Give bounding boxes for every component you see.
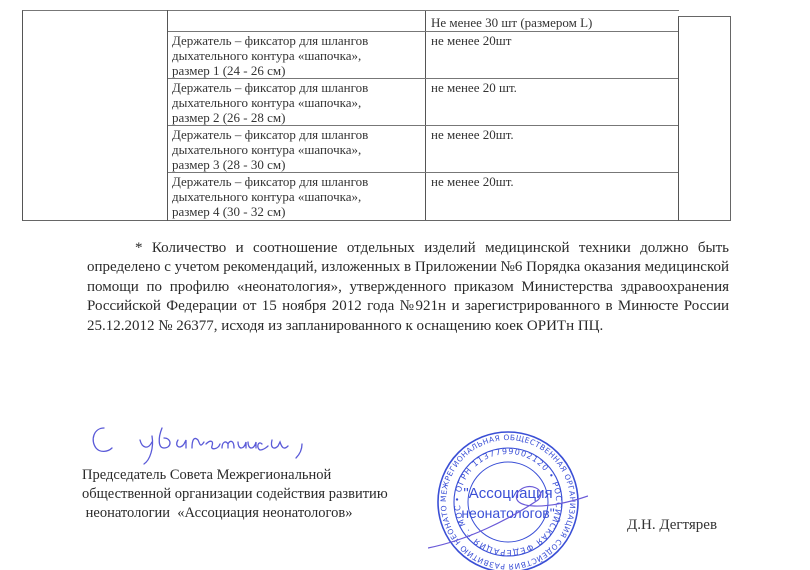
signer-name: Д.Н. Дегтярев bbox=[627, 517, 717, 534]
signer-block: Председатель Совета Межрегиональной обще… bbox=[82, 466, 388, 523]
table-left-column bbox=[22, 10, 168, 221]
signer-title-line2: общественной организации содействия разв… bbox=[82, 485, 388, 504]
quantity-cell: не менее 20шт. bbox=[426, 173, 679, 220]
item-name-cell: Держатель – фиксатор для шлангов дыхател… bbox=[168, 126, 426, 172]
handwritten-greeting: С уважением, bbox=[88, 418, 348, 468]
item-name-cell bbox=[168, 11, 426, 31]
item-name-cell: Держатель – фиксатор для шлангов дыхател… bbox=[168, 79, 426, 125]
table-row: Держатель – фиксатор для шлангов дыхател… bbox=[168, 173, 679, 221]
organization-stamp-icon: МЕЖРЕГИОНАЛЬНАЯ ОБЩЕСТВЕННАЯ ОРГАНИЗАЦИЯ… bbox=[428, 430, 588, 570]
table-row: Держатель – фиксатор для шлангов дыхател… bbox=[168, 126, 679, 173]
quantity-cell: не менее 20шт bbox=[426, 32, 679, 78]
item-name-cell: Держатель – фиксатор для шлангов дыхател… bbox=[168, 32, 426, 78]
quantity-cell: не менее 20 шт. bbox=[426, 79, 679, 125]
equipment-table: Не менее 30 шт (размером L) Держатель – … bbox=[167, 10, 679, 221]
table-row: Держатель – фиксатор для шлангов дыхател… bbox=[168, 79, 679, 126]
quantity-cell: не менее 20шт. bbox=[426, 126, 679, 172]
table-row: Держатель – фиксатор для шлангов дыхател… bbox=[168, 32, 679, 79]
item-name-cell: Держатель – фиксатор для шлангов дыхател… bbox=[168, 173, 426, 220]
table-right-column bbox=[678, 16, 731, 221]
footnote-text: * Количество и соотношение отдельных изд… bbox=[87, 240, 729, 334]
quantity-cell: Не менее 30 шт (размером L) bbox=[426, 11, 679, 31]
signer-title-line1: Председатель Совета Межрегиональной bbox=[82, 466, 388, 485]
table-row: Не менее 30 шт (размером L) bbox=[168, 10, 679, 32]
signer-title-line3: неонатологии «Ассоциация неонатологов» bbox=[82, 504, 388, 523]
footnote-paragraph: * Количество и соотношение отдельных изд… bbox=[87, 239, 729, 336]
